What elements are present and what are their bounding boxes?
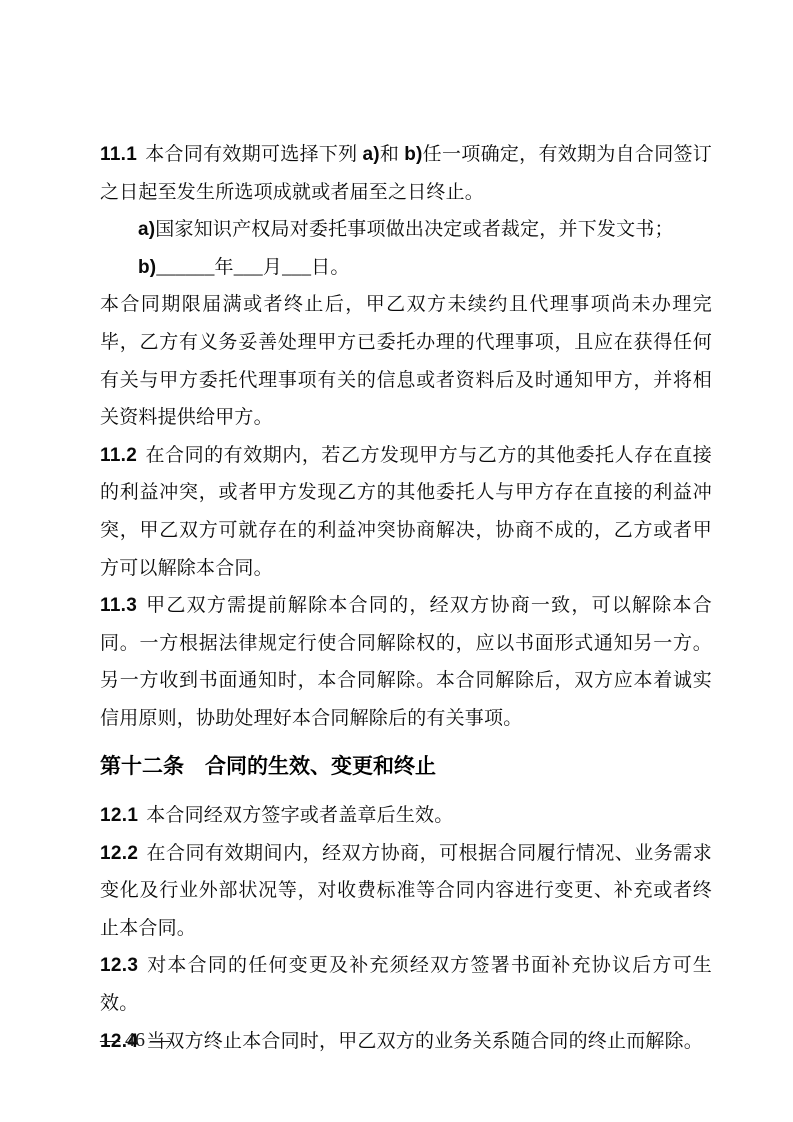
article-12-title: 合同的生效、变更和终止 bbox=[205, 755, 436, 778]
page-content: 11.1本合同有效期可选择下列 a)和 b)任一项确定，有效期为自合同签订之日起… bbox=[100, 136, 712, 1060]
clause-12-2-number: 12.2 bbox=[100, 843, 138, 864]
option-b-label: b) bbox=[138, 257, 156, 278]
clause-11-1-text-2: 和 bbox=[380, 144, 404, 165]
option-item-a: a)国家知识产权局对委托事项做出决定或者裁定，并下发文书； bbox=[100, 211, 712, 249]
clause-11-3: 11.3甲乙双方需提前解除本合同的，经双方协商一致，可以解除本合同。一方根据法律… bbox=[100, 587, 712, 737]
option-a-text: 国家知识产权局对委托事项做出决定或者裁定，并下发文书； bbox=[155, 219, 673, 240]
contract-document-page: 11.1本合同有效期可选择下列 a)和 b)任一项确定，有效期为自合同签订之日起… bbox=[0, 0, 793, 1122]
clause-11-1-number: 11.1 bbox=[100, 144, 137, 165]
clause-12-4-text: 当双方终止本合同时，甲乙双方的业务关系随合同的终止而解除。 bbox=[146, 1031, 703, 1052]
clause-12-4: 12.4当双方终止本合同时，甲乙双方的业务关系随合同的终止而解除。 bbox=[100, 1023, 712, 1061]
paragraph-expiry-obligations: 本合同期限届满或者终止后，甲乙双方未续约且代理事项尚未办理完毕，乙方有义务妥善处… bbox=[100, 286, 712, 436]
month-label: 月 bbox=[263, 257, 282, 278]
clause-11-3-text: 甲乙双方需提前解除本合同的，经双方协商一致，可以解除本合同。一方根据法律规定行使… bbox=[100, 595, 712, 729]
article-12-number: 第十二条 bbox=[100, 755, 184, 778]
article-12-heading: 第十二条合同的生效、变更和终止 bbox=[100, 748, 712, 786]
clause-12-3-number: 12.3 bbox=[100, 955, 138, 976]
clause-11-2-number: 11.2 bbox=[100, 445, 137, 466]
clause-12-3-text: 对本合同的任何变更及补充须经双方签署书面补充协议后方可生效。 bbox=[100, 955, 712, 1014]
clause-12-2-text: 在合同有效期间内，经双方协商，可根据合同履行情况、业务需求变化及行业外部状况等，… bbox=[100, 843, 712, 939]
option-a-label: a) bbox=[138, 219, 155, 240]
blank-day-field: ___ bbox=[282, 257, 311, 278]
clause-12-1: 12.1本合同经双方签字或者盖章后生效。 bbox=[100, 797, 712, 835]
clause-11-2-text: 在合同的有效期内，若乙方发现甲方与乙方的其他委托人存在直接的利益冲突，或者甲方发… bbox=[100, 445, 712, 579]
day-label: 日。 bbox=[311, 257, 349, 278]
clause-12-1-number: 12.1 bbox=[100, 805, 138, 826]
option-a-inline-label: a) bbox=[363, 144, 380, 165]
clause-12-1-text: 本合同经双方签字或者盖章后生效。 bbox=[146, 805, 453, 826]
clause-11-1: 11.1本合同有效期可选择下列 a)和 b)任一项确定，有效期为自合同签订之日起… bbox=[100, 136, 712, 211]
blank-month-field: ___ bbox=[234, 257, 263, 278]
year-label: 年 bbox=[215, 257, 234, 278]
blank-year-field: ______ bbox=[156, 257, 214, 278]
option-item-b: b)______年___月___日。 bbox=[100, 249, 712, 287]
clause-11-1-text-1: 本合同有效期可选择下列 bbox=[145, 144, 362, 165]
clause-12-3: 12.3对本合同的任何变更及补充须经双方签署书面补充协议后方可生效。 bbox=[100, 947, 712, 1022]
clause-11-3-number: 11.3 bbox=[100, 595, 137, 616]
clause-11-2: 11.2在合同的有效期内，若乙方发现甲方与乙方的其他委托人存在直接的利益冲突，或… bbox=[100, 437, 712, 587]
page-number: — 46 — bbox=[100, 1027, 170, 1053]
option-b-inline-label: b) bbox=[404, 144, 422, 165]
clause-12-2: 12.2在合同有效期间内，经双方协商，可根据合同履行情况、业务需求变化及行业外部… bbox=[100, 835, 712, 948]
